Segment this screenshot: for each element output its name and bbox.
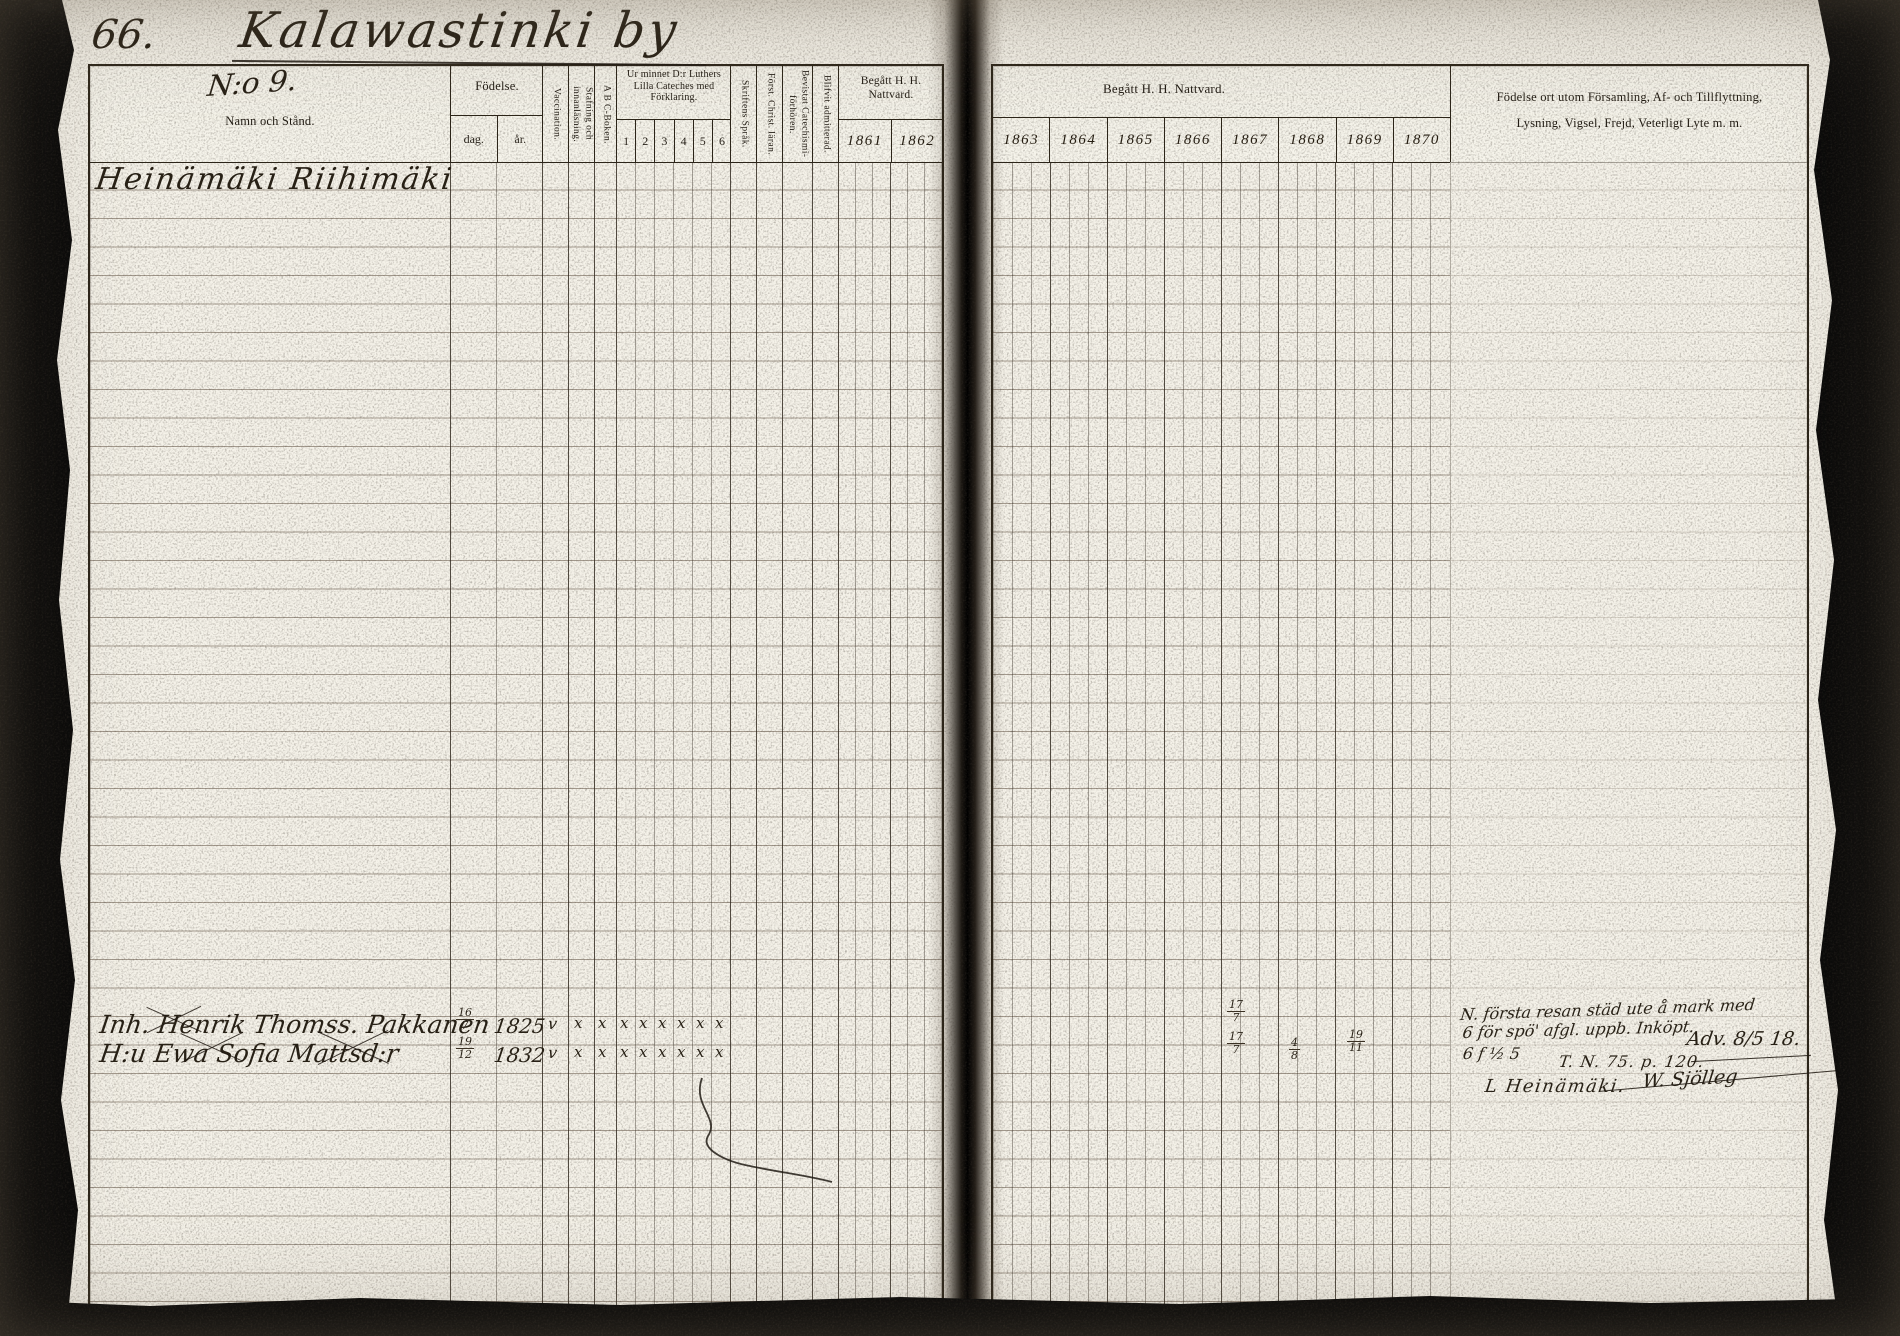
communion-year-1861: 1861 <box>847 133 883 150</box>
black-edge-left <box>0 0 86 1336</box>
catechism-number-cell: 4 <box>674 120 693 162</box>
attended-exams-column-header: Bevistat Catechismi-förhören. <box>782 66 813 162</box>
catechism-number-cell: 6 <box>712 120 731 162</box>
column-rule <box>1050 162 1051 1312</box>
column-rule <box>924 162 925 1312</box>
column-rule <box>1430 162 1431 1312</box>
column-rule <box>635 162 636 1312</box>
annotation-line: Adv. 8/5 18. <box>1685 1028 1801 1050</box>
column-rule <box>1297 162 1298 1312</box>
column-rule <box>872 162 873 1312</box>
column-rule <box>1335 162 1336 1312</box>
column-rule <box>730 162 731 1312</box>
communion-year-cell: 1863 <box>1003 132 1039 149</box>
column-rule <box>568 162 569 1312</box>
column-rule <box>542 162 543 1312</box>
column-rule <box>838 162 839 1312</box>
annotation-line: L Heinämäki. <box>1484 1076 1627 1097</box>
column-rule <box>1012 162 1013 1312</box>
christian-doctrine-label: Först. Christ. läran. <box>764 73 777 155</box>
communion-column-header-right: Begått H. H. Nattvard. 1863 1864 1865 18… <box>993 66 1450 162</box>
column-rule <box>1202 162 1203 1312</box>
knowledge-mark: x <box>639 1014 647 1032</box>
scanned-ledger-page: 66. Kalawastinki by N:o 9. Namn och Stån… <box>0 0 1900 1336</box>
left-header: N:o 9. Namn och Stånd. Födelse. dag. år.… <box>90 66 942 163</box>
communion-label-right: Begått H. H. Nattvard. <box>993 66 1450 96</box>
name-column-label: Namn och Stånd. <box>90 114 450 128</box>
birth-year-handwritten: 1832 <box>492 1043 546 1067</box>
communion-year-cell: 1865 <box>1118 132 1154 149</box>
column-rule <box>782 162 783 1312</box>
knowledge-mark: x <box>696 1043 704 1061</box>
column-rule <box>450 162 451 1312</box>
communion-year-cell: 1866 <box>1175 132 1211 149</box>
catechism-number-cell: 3 <box>654 120 673 162</box>
village-heading-handwritten: Heinämäki Riihimäki <box>94 162 456 197</box>
communion-year-cell: 1864 <box>1060 132 1096 149</box>
birth-day-label: dag. <box>451 116 497 162</box>
column-rule <box>1259 162 1260 1312</box>
attended-exams-label: Bevistat Catechismi-förhören. <box>786 68 811 160</box>
left-page-table: N:o 9. Namn och Stånd. Födelse. dag. år.… <box>88 64 944 1314</box>
knowledge-mark: x <box>677 1043 685 1061</box>
knowledge-mark: x <box>598 1014 606 1032</box>
column-rule <box>1392 162 1393 1312</box>
column-rule <box>496 162 497 1312</box>
birth-day-fraction: 16 7 <box>456 1008 474 1031</box>
spelling-column-header: Stafning och innanläsning. <box>568 66 595 162</box>
communion-year-cell: 1869 <box>1347 132 1383 149</box>
column-rule <box>673 162 674 1312</box>
right-page-table: Begått H. H. Nattvard. 1863 1864 1865 18… <box>991 64 1809 1314</box>
notes-header-line: Lysning, Vigsel, Frejd, Veterligt Lyte m… <box>1451 104 1808 130</box>
knowledge-mark: x <box>658 1014 666 1032</box>
ink-cross <box>318 1032 388 1062</box>
communion-date-fraction: 17 7 <box>1227 1032 1245 1055</box>
page-number-handwritten: 66. <box>89 12 159 58</box>
admitted-column-header: Blifvit admitterad. <box>812 66 839 162</box>
column-rule <box>1411 162 1412 1312</box>
black-edge-right <box>1810 0 1900 1336</box>
column-rule <box>1354 162 1355 1312</box>
admitted-label: Blifvit admitterad. <box>820 75 833 153</box>
communion-date-fraction: 19 11 <box>1347 1030 1365 1053</box>
column-rule <box>1031 162 1032 1312</box>
notes-area <box>1450 162 1807 1312</box>
catechism-number-cell: 1 <box>617 120 635 162</box>
birth-label: Födelse. <box>451 66 543 93</box>
communion-date-fraction: 4 8 <box>1289 1038 1300 1061</box>
communion-year-cell: 1867 <box>1232 132 1268 149</box>
column-rule <box>711 162 712 1312</box>
birth-column-header: Födelse. dag. år. <box>450 66 543 162</box>
column-rule <box>1221 162 1222 1312</box>
page-title-handwritten: Kalawastinki by <box>236 2 683 59</box>
birth-year-handwritten: 1825 <box>492 1014 546 1038</box>
column-rule <box>1316 162 1317 1312</box>
column-rule <box>907 162 908 1312</box>
catechism-number-cell: 2 <box>635 120 654 162</box>
right-table-body <box>993 162 1807 1312</box>
spelling-label: Stafning och innanläsning. <box>570 68 595 160</box>
notes-header-line: Födelse ort utom Församling, Af- och Til… <box>1451 66 1808 104</box>
column-rule <box>890 162 891 1312</box>
column-rule <box>692 162 693 1312</box>
knowledge-mark: x <box>620 1043 628 1061</box>
birth-year-label: år. <box>497 116 544 162</box>
communion-year-cell: 1868 <box>1289 132 1325 149</box>
knowledge-mark: x <box>574 1014 582 1032</box>
column-rule <box>594 162 595 1312</box>
annotation-line: 6 f ½ 5 <box>1462 1044 1522 1063</box>
column-rule <box>654 162 655 1312</box>
notes-column-header: Födelse ort utom Församling, Af- och Til… <box>1450 66 1808 162</box>
column-rule <box>616 162 617 1312</box>
ink-cross <box>148 1004 200 1034</box>
column-rule <box>1107 162 1108 1312</box>
communion-column-header-left: Begått H. H. Nattvard. 1861 1862 <box>838 66 943 162</box>
catechism-label: Ur minnet D:r Luthers Lilla Cateches med… <box>617 66 731 104</box>
knowledge-mark: x <box>574 1043 582 1061</box>
birth-day-fraction: 19 12 <box>456 1037 474 1060</box>
column-rule <box>1069 162 1070 1312</box>
black-edge-bottom <box>0 1296 1900 1336</box>
left-table-body <box>90 162 942 1312</box>
scripture-label: Skriftens Språk. <box>738 80 751 148</box>
knowledge-mark: x <box>639 1043 647 1061</box>
vaccination-column-header: Vaccination. <box>542 66 569 162</box>
knowledge-mark: x <box>658 1043 666 1061</box>
christian-doctrine-column-header: Först. Christ. läran. <box>756 66 783 162</box>
column-rule <box>756 162 757 1312</box>
knowledge-mark: x <box>677 1014 685 1032</box>
right-header: Begått H. H. Nattvard. 1863 1864 1865 18… <box>993 66 1807 163</box>
knowledge-mark: x <box>715 1043 723 1061</box>
record-number-handwritten: N:o 9. <box>206 63 299 103</box>
column-rule <box>1088 162 1089 1312</box>
column-rule <box>812 162 813 1312</box>
communion-date-fraction: 17 7 <box>1227 1000 1245 1023</box>
abc-book-column-header: A B C-Boken. <box>594 66 617 162</box>
knowledge-mark: x <box>620 1014 628 1032</box>
abc-book-label: A B C-Boken. <box>600 85 613 144</box>
knowledge-mark: x <box>715 1014 723 1032</box>
column-rule <box>1126 162 1127 1312</box>
column-rule <box>855 162 856 1312</box>
column-rule <box>1145 162 1146 1312</box>
communion-label-left: Begått H. H. Nattvard. <box>839 66 943 102</box>
column-rule <box>1240 162 1241 1312</box>
communion-year-cell: 1870 <box>1404 132 1440 149</box>
knowledge-mark: x <box>598 1043 606 1061</box>
column-rule <box>1164 162 1165 1312</box>
knowledge-mark: x <box>696 1014 704 1032</box>
scripture-column-header: Skriftens Språk. <box>730 66 757 162</box>
catechism-column-header: Ur minnet D:r Luthers Lilla Cateches med… <box>616 66 731 162</box>
vaccination-label: Vaccination. <box>550 88 563 140</box>
column-rule <box>1373 162 1374 1312</box>
column-rule <box>1183 162 1184 1312</box>
communion-year-1862: 1862 <box>899 133 935 150</box>
column-rule <box>1278 162 1279 1312</box>
ink-cross <box>182 1032 242 1062</box>
catechism-number-cell: 5 <box>693 120 712 162</box>
name-column-header: N:o 9. Namn och Stånd. <box>90 66 450 162</box>
